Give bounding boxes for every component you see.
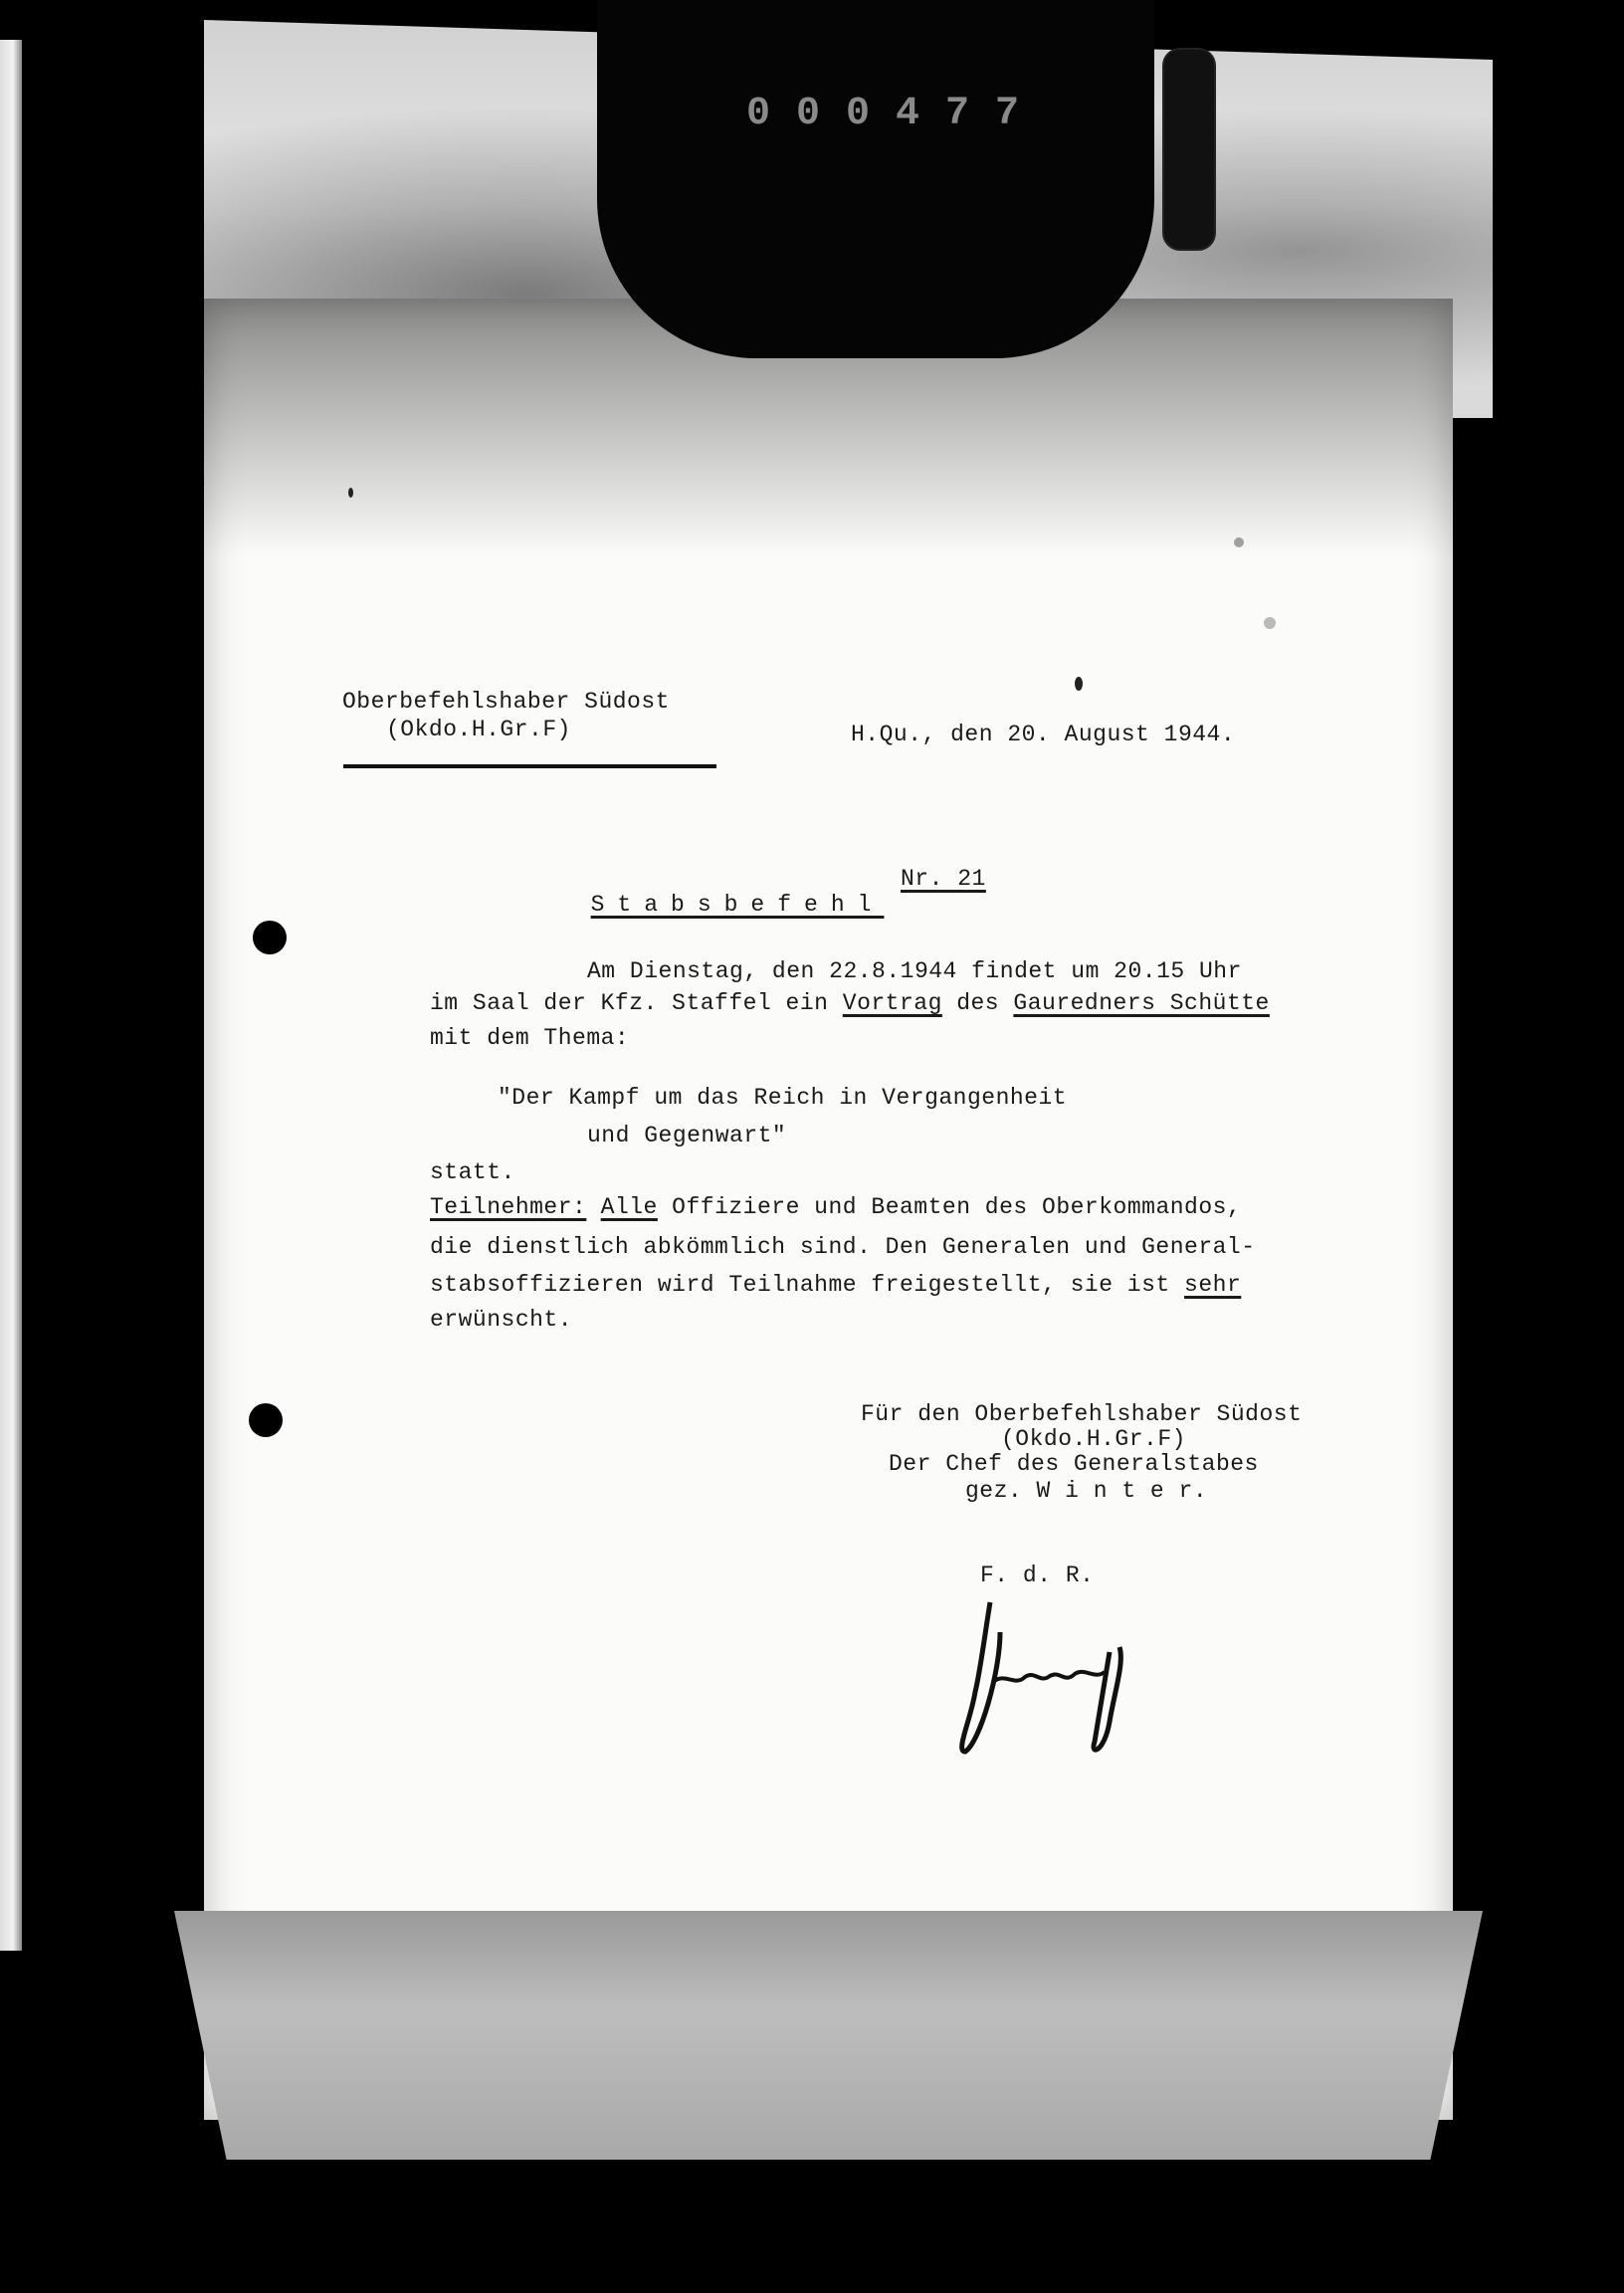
signature-line3: Der Chef des Generalstabes bbox=[889, 1451, 1259, 1477]
participants-all: Alle bbox=[601, 1194, 658, 1220]
participants-rest: Offiziere und Beamten des Oberkommandos, bbox=[658, 1194, 1241, 1220]
order-number: Nr. 21 bbox=[901, 866, 986, 892]
punch-hole-icon bbox=[253, 921, 287, 954]
speaker-name: Gauredners Schütte bbox=[1013, 990, 1269, 1016]
signature-line2: (Okdo.H.Gr.F) bbox=[1001, 1426, 1186, 1452]
topic-line2: und Gegenwart" bbox=[587, 1123, 786, 1148]
body-statt: statt. bbox=[430, 1159, 515, 1185]
microfilm-counter-device bbox=[597, 0, 1154, 358]
participants-line3-text: stabsoffizieren wird Teilnahme freigeste… bbox=[430, 1272, 1184, 1298]
punch-hole-icon bbox=[249, 1403, 283, 1437]
participants-line2: die dienstlich abkömmlich sind. Den Gene… bbox=[430, 1234, 1256, 1260]
lecture-word: Vortrag bbox=[843, 990, 942, 1016]
participants-line1: Teilnehmer: Alle Offiziere und Beamten d… bbox=[430, 1194, 1241, 1220]
frame-counter-value: 000477 bbox=[746, 92, 1045, 136]
participants-line4: erwünscht. bbox=[430, 1307, 572, 1333]
order-word: Stabsbefehl bbox=[591, 892, 885, 918]
adjacent-frame-edge bbox=[0, 40, 22, 1951]
handwritten-signature-icon bbox=[945, 1592, 1194, 1762]
body-line2: im Saal der Kfz. Staffel ein Vortrag des… bbox=[430, 990, 1270, 1016]
certification-mark: F. d. R. bbox=[980, 1563, 1094, 1588]
order-title: Stabsbefehl bbox=[537, 866, 884, 918]
counter-knob bbox=[1162, 48, 1216, 251]
topic-line1: "Der Kampf um das Reich in Vergangenheit bbox=[498, 1085, 1067, 1111]
body-line2-mid: des bbox=[942, 990, 1014, 1016]
issuer-line1: Oberbefehlshaber Südost bbox=[342, 689, 670, 715]
frame-counter: 000477 bbox=[746, 92, 1045, 136]
emphasis-sehr: sehr bbox=[1184, 1272, 1241, 1298]
participants-label: Teilnehmer: bbox=[430, 1194, 586, 1220]
ink-speck bbox=[1234, 537, 1244, 547]
body-line2-prefix: im Saal der Kfz. Staffel ein bbox=[430, 990, 843, 1016]
ink-speck bbox=[1075, 677, 1083, 691]
issuer-line2: (Okdo.H.Gr.F) bbox=[386, 717, 571, 742]
ink-speck bbox=[348, 488, 353, 498]
body-line3: mit dem Thema: bbox=[430, 1025, 629, 1051]
letterhead-rule bbox=[343, 764, 716, 768]
signature-line1: Für den Oberbefehlshaber Südost bbox=[861, 1401, 1302, 1427]
ink-speck bbox=[1264, 617, 1276, 629]
place-date: H.Qu., den 20. August 1944. bbox=[851, 722, 1235, 747]
signature-line4: gez. W i n t e r. bbox=[965, 1478, 1207, 1504]
folder-bottom bbox=[174, 1911, 1483, 2160]
body-line1: Am Dienstag, den 22.8.1944 findet um 20.… bbox=[587, 958, 1242, 984]
participants-line3: stabsoffizieren wird Teilnahme freigeste… bbox=[430, 1272, 1241, 1298]
